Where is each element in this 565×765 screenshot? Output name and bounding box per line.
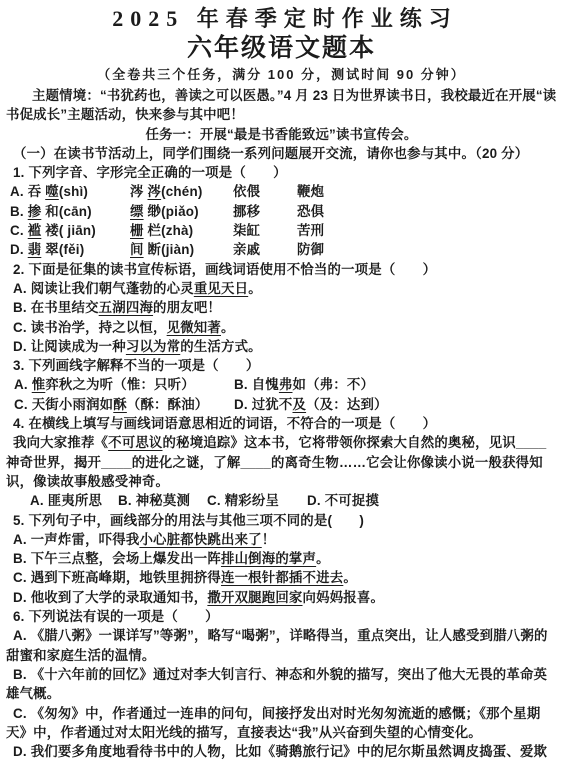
q4-choices-row: A. 匪夷所思 B. 神秘莫测 C. 精彩纷呈 D. 不可捉摸: [30, 491, 557, 510]
q4-choice-a: A. 匪夷所思: [30, 491, 118, 510]
q3-option-c: C. 天街小雨润如酥（酥：酥油）: [14, 395, 234, 414]
q2-option-c: C. 读书治学，持之以恒，见微知著。: [6, 318, 557, 337]
q1-stem: 1. 下列字音、字形完全正确的一项是（ ）: [6, 163, 557, 182]
q1-word-cell: B. 掺 和(cān): [10, 202, 130, 221]
q1-word-cell: 鞭炮: [297, 182, 557, 201]
q2-option-b: B. 在书里结交五湖四海的朋友吧！: [6, 298, 557, 317]
q4-choice-b: B. 神秘莫测: [118, 491, 207, 510]
q5-option-b: B. 下午三点整，会场上爆发出一阵排山倒海的掌声。: [6, 549, 557, 568]
q3-option-row-cd: C. 天街小雨润如酥（酥：酥油） D. 过犹不及（及：达到）: [14, 395, 557, 414]
exam-page: 2025 年春季定时作业练习 六年级语文题本 （全卷共三个任务，满分 100 分…: [0, 0, 565, 765]
q1-word-cell: 亲戚: [233, 240, 297, 259]
q3-option-b: B. 自愧弗如（弗：不）: [234, 375, 557, 394]
q6-option-b: B. 《十六年前的回忆》通过对李大钊言行、神态和外貌的描写，突出了他大无畏的革命…: [6, 665, 557, 704]
q1-word-cell: 防御: [297, 240, 557, 259]
q1-word-cell: 挪移: [233, 202, 297, 221]
q4-choice-c: C. 精彩纷呈: [207, 491, 307, 510]
exam-subtitle: 六年级语文题本: [6, 33, 557, 64]
q2-stem: 2. 下面是征集的读书宣传标语，画线词语使用不恰当的一项是（ ）: [6, 260, 557, 279]
q1-option-row-b: B. 掺 和(cān) 缥 缈(piǎo) 挪移 恐俱: [10, 202, 557, 221]
q1-word-cell: 涔 涔(chén): [130, 182, 233, 201]
q1-option-row-a: A. 吞 噬(shì) 涔 涔(chén) 依偎 鞭炮: [10, 182, 557, 201]
q6-option-d: D. 我们要多角度地看待书中的人物，比如《骑鹅旅行记》中的尼尔斯虽然调皮捣蛋、爱…: [6, 742, 557, 761]
exam-title: 2025 年春季定时作业练习: [6, 5, 557, 33]
q4-choice-d: D. 不可捉摸: [307, 491, 557, 510]
q3-option-a: A. 惟弈秋之为听（惟：只听）: [14, 375, 234, 394]
q1-option-row-c: C. 褴 褛( jiān) 栅 栏(zhà) 柒缸 苦刑: [10, 221, 557, 240]
q6-option-c: C. 《匆匆》中，作者通过一连串的问句，间接抒发出对时光匆匆流逝的感慨；《那个星…: [6, 704, 557, 743]
q5-option-d: D. 他收到了大学的录取通知书，撒开双腿跑回家向妈妈报喜。: [6, 588, 557, 607]
q1-word-cell: 苦刑: [297, 221, 557, 240]
q5-option-c: C. 遇到下班高峰期，地铁里拥挤得连一根针都插不进去。: [6, 568, 557, 587]
q6-stem: 6. 下列说法有误的一项是（ ）: [6, 607, 557, 626]
q4-stem: 4. 在横线上填写与画线词语意思相近的词语，不符合的一项是（ ）: [6, 414, 557, 433]
q1-word-cell: 栅 栏(zhà): [130, 221, 233, 240]
q1-word-cell: A. 吞 噬(shì): [10, 182, 130, 201]
exam-meta: （全卷共三个任务，满分 100 分，测试时间 90 分钟）: [6, 64, 557, 85]
q1-option-row-d: D. 翡 翠(fěi) 间 断(jiàn) 亲戚 防御: [10, 240, 557, 259]
q6-option-a: A. 《腊八粥》一课详写”等粥”，略写“喝粥”，详略得当，重点突出，让人感受到腊…: [6, 626, 557, 665]
q3-option-row-ab: A. 惟弈秋之为听（惟：只听） B. 自愧弗如（弗：不）: [14, 375, 557, 394]
q1-word-cell: 缥 缈(piǎo): [130, 202, 233, 221]
q1-word-cell: 恐俱: [297, 202, 557, 221]
q1-word-cell: C. 褴 褛( jiān): [10, 221, 130, 240]
task-1-heading: 任务一：开展“最是书香能致远”读书宣传会。: [6, 125, 557, 144]
q4-passage: 我向大家推荐《不可思议的秘境追踪》这本书，它将带领你探索大自然的奥秘，见识___…: [6, 433, 557, 491]
q3-option-d: D. 过犹不及（及：达到）: [234, 395, 557, 414]
q5-stem: 5. 下列句子中，画线部分的用法与其他三项不同的是( ): [6, 511, 557, 530]
q1-word-cell: D. 翡 翠(fěi): [10, 240, 130, 259]
theme-context: 主题情境：“书犹药也，善读之可以医愚。”4 月 23 日为世界读书日，我校最近在…: [6, 86, 557, 125]
q1-word-cell: 依偎: [233, 182, 297, 201]
q2-option-a: A. 阅读让我们朝气蓬勃的心灵重见天日。: [6, 279, 557, 298]
q1-word-cell: 柒缸: [233, 221, 297, 240]
q3-stem: 3. 下列画线字解释不当的一项是（ ）: [6, 356, 557, 375]
q5-option-a: A. 一声炸雷，吓得我小心脏都快跳出来了！: [6, 530, 557, 549]
part-1-heading: （一）在读书节活动上，同学们围绕一系列问题展开交流，请你也参与其中。（20 分）: [6, 144, 557, 163]
q1-word-cell: 间 断(jiàn): [130, 240, 233, 259]
q2-option-d: D. 让阅读成为一种习以为常的生活方式。: [6, 337, 557, 356]
